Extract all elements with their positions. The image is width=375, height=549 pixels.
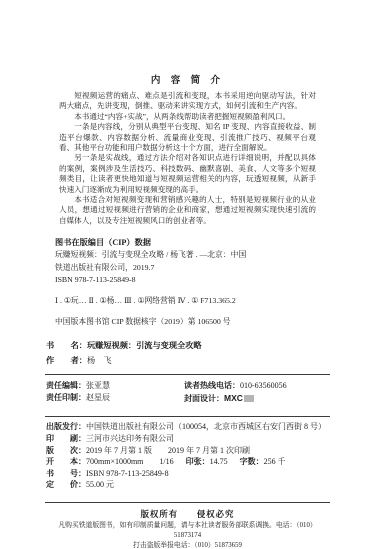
credits-row-2: 责任印制：赵星辰 封面设计：MXC [46, 392, 330, 405]
format-row: 开 本：700mm×1000mm 1/16印张：14.75字数：256 千 [46, 456, 330, 468]
cip-record-number: 中国版本图书馆 CIP 数据核字（2019）第 106500 号 [55, 316, 330, 328]
piracy-report-line: 打击盗版举报电话：（010）51873659 [45, 541, 330, 549]
book-info-section: 书 名：玩赚短视频：引流与变现全攻略 作 者：杨 飞 [46, 339, 330, 368]
book-author-label: 作 者： [46, 356, 87, 365]
intro-section: 短视频运营的痛点、难点是引流和变现，本书采用逆向驱动写法，针对两大痛点，先讲变现… [59, 91, 316, 226]
hotline-cell: 读者热线电话：010-63560056 [184, 380, 330, 392]
editor-cell: 责任编辑：张亚慧 [46, 380, 184, 392]
intro-paragraph-4: 另一条是实战线，通过方法介绍对各知识点进行详细说明，并配以具体的案例，案例涉及生… [59, 153, 316, 195]
intro-paragraph-5: 本书适合对短视频变现和营销感兴趣的人士，特别是短视频行业的从业人员，想通过短视频… [59, 195, 316, 226]
isbn-label: 书 号： [46, 469, 86, 478]
publisher-row: 出版发行：中国铁道出版社有限公司（100054，北京市西城区右安门西街 8 号） [46, 421, 330, 433]
book-title-value: 玩赚短视频：引流与变现全攻略 [87, 341, 202, 350]
isbn-value: ISBN 978-7-113-25849-8 [86, 469, 169, 478]
book-title-row: 书 名：玩赚短视频：引流与变现全攻略 [46, 339, 330, 354]
hotline-label: 读者热线电话： [184, 381, 240, 390]
intro-paragraph-2: 本书通过“内容+实战”，从两条线帮助读者把握短视频盈利风口。 [59, 112, 316, 122]
editor-label: 责任编辑： [46, 381, 86, 390]
printing-company-value: 三河市兴达印务有限公司 [86, 434, 174, 443]
cip-heading: 图书在版编目（CIP）数据 [55, 237, 330, 249]
sheets-label: 印张： [186, 457, 210, 466]
word-count-value: 256 千 [264, 457, 286, 466]
book-title-label: 书 名： [46, 341, 87, 350]
printing-company-row: 印 刷：三河市兴达印务有限公司 [46, 433, 330, 445]
price-row: 定 价：55.00 元 [46, 479, 330, 491]
section-title-content-summary: 内 容 简 介 [45, 72, 330, 86]
format-value: 700mm×1000mm 1/16 [86, 457, 174, 466]
cip-title-line: 玩赚短视频：引流与变现全攻略 / 杨飞著 . —北京：中国 [55, 249, 330, 262]
format-label: 开 本： [46, 457, 86, 466]
sheets-value: 14.75 [210, 457, 228, 466]
colophon-page: 内 容 简 介 短视频运营的痛点、难点是引流和变现，本书采用逆向驱动写法，针对两… [0, 0, 375, 549]
cip-publisher-line: 铁道出版社有限公司，2019.7 [55, 262, 330, 275]
edition-label: 版 次： [46, 446, 86, 455]
isbn-row: 书 号：ISBN 978-7-113-25849-8 [46, 468, 330, 480]
publisher-value: 中国铁道出版社有限公司（100054，北京市西城区右安门西街 8 号） [86, 422, 326, 431]
cover-design-logo: MXC [224, 393, 243, 403]
intro-paragraph-3: 一条是内容线，分别从典型平台变现、知名 IP 变现、内容直接收益、制造平台爆款、… [59, 122, 316, 153]
word-count-label: 字数： [240, 457, 264, 466]
cip-section: 图书在版编目（CIP）数据 玩赚短视频：引流与变现全攻略 / 杨飞著 . —北京… [55, 237, 330, 328]
price-label: 定 价： [46, 480, 86, 489]
printing-company-label: 印 刷： [46, 434, 86, 443]
cip-isbn-line: ISBN 978-7-113-25849-8 [55, 274, 330, 287]
cip-classification-line: Ⅰ . ①玩… Ⅱ . ①杨… Ⅲ . ①网络营销 Ⅳ . ① F713.365… [55, 295, 330, 307]
hotline-value: 010-63560056 [240, 381, 287, 390]
credits-section: 责任编辑：张亚慧 读者热线电话：010-63560056 责任印制：赵星辰 封面… [45, 375, 330, 410]
divider-bottom [45, 502, 330, 503]
book-author-value: 杨 飞 [87, 356, 112, 365]
edition-value: 2019 年 7 月第 1 版 2019 年 7 月第 1 次印刷 [86, 446, 250, 455]
credits-row-1: 责任编辑：张亚慧 读者热线电话：010-63560056 [46, 380, 330, 392]
book-author-row: 作 者：杨 飞 [46, 354, 330, 369]
price-value: 55.00 元 [86, 480, 114, 489]
editor-value: 张亚慧 [86, 381, 110, 390]
copyright-footer: 版权所有 侵权必究 凡购买铁道版图书，如有印制质量问题，请与本社读者服务部联系调… [45, 508, 330, 549]
cover-design-label: 封面设计： [184, 394, 224, 403]
quality-contact-line: 凡购买铁道版图书，如有印制质量问题，请与本社读者服务部联系调换。电话：（010）… [45, 521, 330, 541]
edition-row: 版 次：2019 年 7 月第 1 版 2019 年 7 月第 1 次印刷 [46, 445, 330, 457]
publisher-label: 出版发行： [46, 422, 86, 431]
publishing-section: 出版发行：中国铁道出版社有限公司（100054，北京市西城区右安门西街 8 号）… [45, 417, 330, 496]
copyright-notice: 版权所有 侵权必究 [45, 508, 330, 521]
printer-label: 责任印制： [46, 393, 86, 402]
printer-cell: 责任印制：赵星辰 [46, 392, 184, 405]
cover-design-studio-badge-icon [244, 395, 254, 402]
cover-design-cell: 封面设计：MXC [184, 392, 330, 405]
printer-value: 赵星辰 [86, 393, 110, 402]
intro-paragraph-1: 短视频运营的痛点、难点是引流和变现，本书采用逆向驱动写法，针对两大痛点，先讲变现… [59, 91, 316, 112]
